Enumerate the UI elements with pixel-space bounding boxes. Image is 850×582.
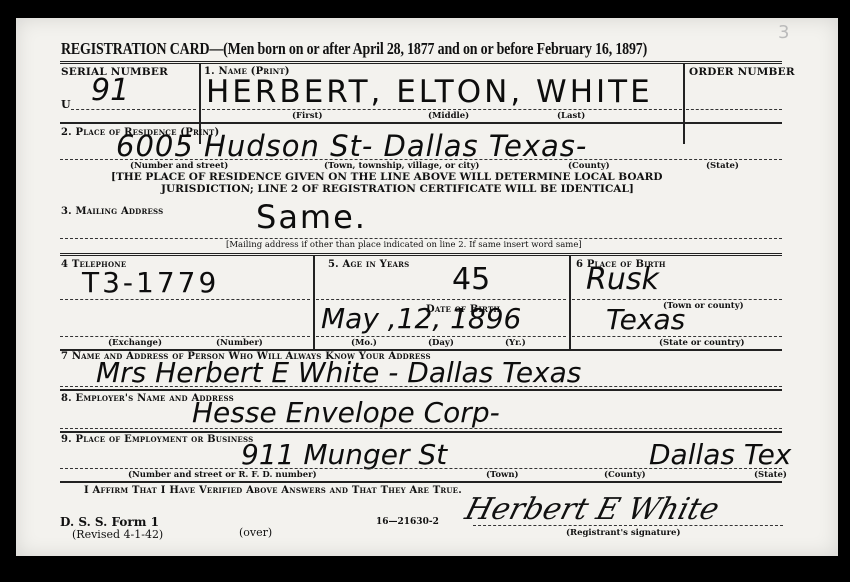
employer-value: Hesse Envelope Corp- (192, 396, 500, 429)
serial-number-value: 91 (91, 73, 129, 108)
divider (60, 431, 782, 433)
middle-caption: (Middle) (428, 111, 469, 121)
residence-line (60, 159, 782, 160)
birth-town-line (572, 299, 782, 300)
serial-line (71, 109, 196, 110)
town-caption: (Town, township, village, or city) (324, 161, 479, 171)
divider (313, 256, 315, 350)
telephone-line-2 (60, 336, 310, 337)
telephone-value: T3-1779 (82, 266, 219, 299)
birth-state-value: Texas (606, 303, 685, 336)
street-rfd-caption: (Number and street or R. F. D. number) (128, 470, 317, 480)
registration-card: 3 REGISTRATION CARD—(Men born on or afte… (16, 18, 838, 556)
telephone-line-1 (60, 299, 310, 300)
age-line (316, 299, 566, 300)
birth-town-value: Rusk (586, 262, 659, 297)
employment-town-caption: (Town) (486, 470, 519, 480)
contact-line (60, 386, 782, 387)
age-value: 45 (452, 262, 490, 297)
signature-line (473, 525, 783, 526)
employer-line (60, 428, 782, 429)
employment-city-value: Dallas Tex (649, 438, 791, 471)
employment-line (60, 468, 782, 469)
county-caption: (County) (568, 161, 610, 171)
over-note: (over) (239, 526, 272, 539)
affirmation-text: I Affirm That I Have Verified Above Answ… (84, 485, 462, 496)
serial-prefix: U (61, 98, 71, 111)
divider (569, 256, 571, 350)
divider (60, 122, 782, 124)
state-or-country-caption: (State or country) (659, 338, 745, 348)
number-caption: (Number) (216, 338, 263, 348)
employment-state-caption: (State) (754, 470, 787, 480)
revised-date: (Revised 4-1-42) (72, 528, 163, 541)
registrant-signature: Herbert E White (461, 492, 723, 527)
last-caption: (Last) (557, 111, 585, 121)
employment-street-value: 911 Munger St (241, 438, 447, 471)
mailing-caption: [Mailing address if other than place ind… (226, 240, 582, 250)
contact-person-value: Mrs Herbert E White - Dallas Texas (96, 356, 581, 389)
exchange-caption: (Exchange) (108, 338, 162, 348)
mailing-line (60, 238, 782, 239)
first-caption: (First) (292, 111, 323, 121)
day-caption: (Day) (428, 338, 454, 348)
divider (60, 481, 782, 483)
dob-line (316, 336, 566, 337)
year-caption: (Yr.) (505, 338, 526, 348)
birth-state-line (572, 336, 782, 337)
form-id: D. S. S. Form 1 (60, 515, 159, 529)
signature-caption: (Registrant's signature) (566, 528, 680, 538)
order-number-label: ORDER NUMBER (689, 66, 795, 78)
employment-county-caption: (County) (604, 470, 646, 480)
divider (683, 64, 685, 144)
card-title: REGISTRATION CARD—(Men born on or after … (61, 39, 647, 59)
name-value: HERBERT, ELTON, WHITE (206, 74, 653, 110)
age-label: 5. Age in Years (328, 259, 409, 270)
name-line (202, 109, 682, 110)
street-caption: (Number and street) (130, 161, 228, 171)
divider (60, 389, 782, 391)
mailing-address-value: Same. (256, 198, 367, 236)
print-code: 16—21630-2 (376, 517, 439, 527)
month-caption: (Mo.) (351, 338, 377, 348)
jurisdiction-notice-2: JURISDICTION; LINE 2 OF REGISTRATION CER… (161, 183, 634, 195)
divider (60, 61, 782, 64)
employment-place-label: 9. Place of Employment or Business (61, 434, 253, 445)
jurisdiction-notice-1: [THE PLACE OF RESIDENCE GIVEN ON THE LIN… (111, 171, 662, 183)
order-number-line (686, 109, 782, 110)
state-caption: (State) (706, 161, 739, 171)
date-of-birth-value: May ,12, 1896 (321, 302, 521, 335)
residence-value: 6005 Hudson St- Dallas Texas- (116, 129, 587, 163)
divider (60, 253, 782, 256)
corner-mark: 3 (778, 22, 789, 43)
mailing-address-label-text: 3. Mailing Address (61, 206, 163, 217)
